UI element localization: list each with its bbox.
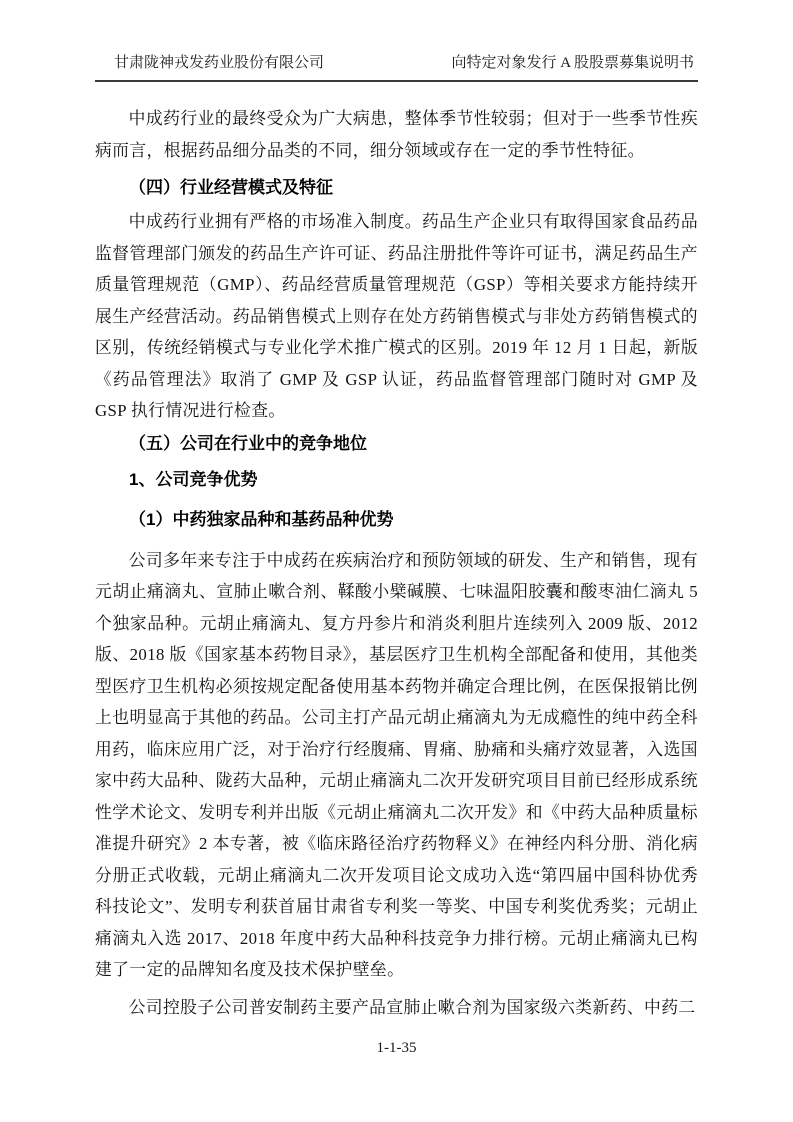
heading-section-5-competitive-position: （五）公司在行业中的竞争地位 <box>95 428 698 460</box>
paragraph-subsidiary-puan-pharma: 公司控股子公司普安制药主要产品宣肺止嗽合剂为国家级六类新药、中药二 <box>95 992 698 1024</box>
paragraph-exclusive-products-detail: 公司多年来专注于中成药在疾病治疗和预防领域的研发、生产和销售，现有元胡止痛滴丸、… <box>95 545 698 986</box>
heading-1-1-exclusive-and-essential-drug-advantage: （1）中药独家品种和基药品种优势 <box>95 504 698 536</box>
heading-1-company-competitive-advantages: 1、公司竞争优势 <box>95 464 698 496</box>
paragraph-seasonality: 中成药行业的最终受众为广大病患，整体季节性较弱；但对于一些季节性疾病而言，根据药… <box>95 103 698 166</box>
header-company-name: 甘肃陇神戎发药业股份有限公司 <box>95 54 324 72</box>
document-body: 中成药行业的最终受众为广大病患，整体季节性较弱；但对于一些季节性疾病而言，根据药… <box>95 103 698 1023</box>
heading-section-4-industry-operating-model: （四）行业经营模式及特征 <box>95 172 698 204</box>
page-header: 甘肃陇神戎发药业股份有限公司 向特定对象发行 A 股股票募集说明书 <box>95 0 698 82</box>
document-page: 甘肃陇神戎发药业股份有限公司 向特定对象发行 A 股股票募集说明书 中成药行业的… <box>0 0 793 1122</box>
header-document-title: 向特定对象发行 A 股股票募集说明书 <box>451 54 698 72</box>
page-number: 1-1-35 <box>0 1040 793 1057</box>
paragraph-market-access-gmp-gsp: 中成药行业拥有严格的市场准入制度。药品生产企业只有取得国家食品药品监督管理部门颁… <box>95 206 698 427</box>
